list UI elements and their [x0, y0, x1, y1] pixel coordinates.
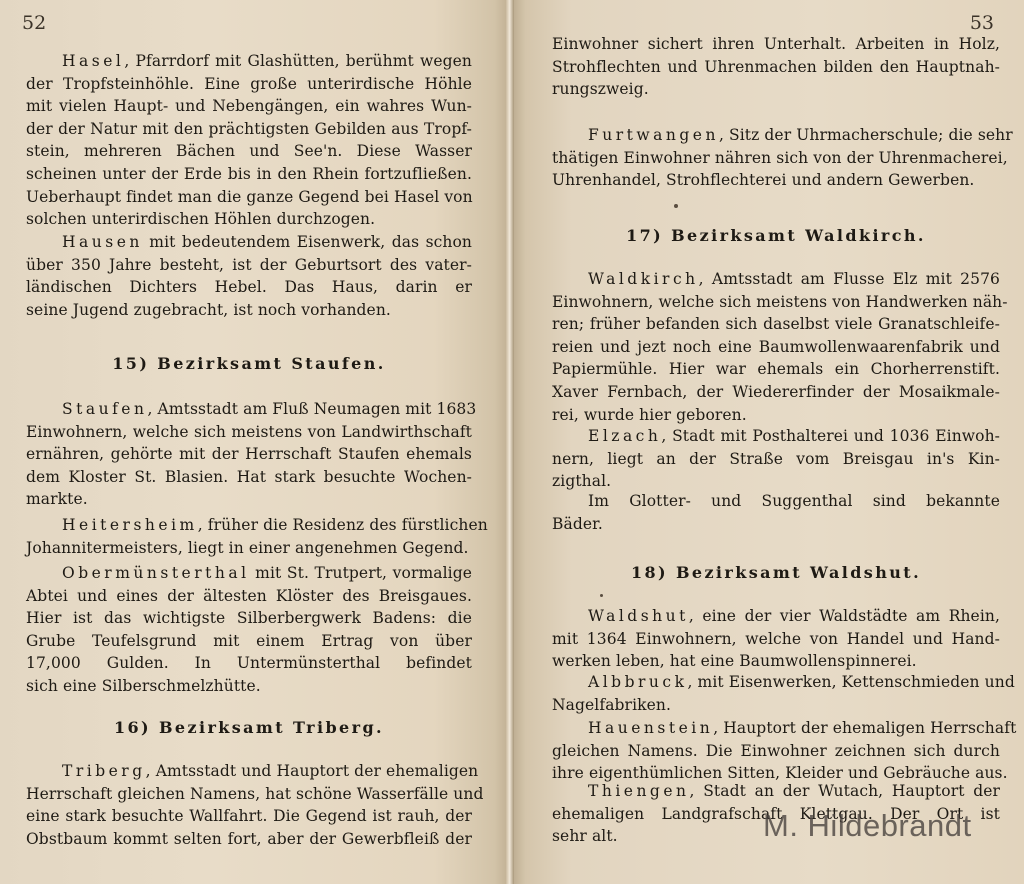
page-number-right: 53 — [970, 12, 994, 34]
text-line: Nagelfabriken. — [552, 694, 1000, 717]
text-line: markte. — [26, 488, 472, 511]
text-line: ernähren, gehörte mit der Herrschaft Sta… — [26, 443, 472, 466]
section-heading: 17) Bezirksamt Waldkirch. — [552, 226, 1000, 245]
text-line: über 350 Jahre besteht, ist der Geburtso… — [26, 254, 472, 277]
text-line: Einwohner sichert ihren Unterhalt. Arbei… — [552, 33, 1000, 56]
section-heading: 16) Bezirksamt Triberg. — [26, 718, 472, 737]
place-name: Thiengen — [588, 782, 690, 800]
watermark: M. Hildebrandt — [763, 808, 972, 844]
paragraph: Einwohner sichert ihren Unterhalt. Arbei… — [552, 33, 1000, 101]
text-line: thätigen Einwohner nähren sich von der U… — [552, 147, 1000, 170]
text-line: Staufen, Amtsstadt am Fluß Neumagen mit … — [26, 398, 472, 421]
place-name: Furtwangen — [588, 126, 719, 144]
text-line: dem Kloster St. Blasien. Hat stark besuc… — [26, 466, 472, 489]
right-page: 53 Einwohner sichert ihren Unterhalt. Ar… — [510, 0, 1024, 884]
paragraph: Furtwangen, Sitz der Uhrmacherschule; di… — [552, 124, 1000, 192]
place-name: Hasel — [62, 52, 124, 70]
text-line: Johannitermeisters, liegt in einer angen… — [26, 537, 472, 560]
text-line: Bäder. — [552, 513, 1000, 536]
text-line: solchen unterirdischen Höhlen durchzogen… — [26, 208, 472, 231]
paragraph: Im Glotter- und Suggenthal sind bekannte… — [552, 490, 1000, 535]
text-line: Im Glotter- und Suggenthal sind bekannte — [552, 490, 1000, 513]
text-line: Herrschaft gleichen Namens, hat schöne W… — [26, 783, 472, 806]
paragraph: Waldshut, eine der vier Waldstädte am Rh… — [552, 605, 1000, 673]
text-line: Obermünsterthal mit St. Trutpert, vormal… — [26, 562, 472, 585]
paragraph: Waldkirch, Amtsstadt am Flusse Elz mit 2… — [552, 268, 1000, 426]
text-line: Albbruck, mit Eisenwerken, Kettenschmied… — [552, 671, 1000, 694]
text-line: mit vielen Haupt- und Nebengängen, ein w… — [26, 95, 472, 118]
place-name: Staufen — [62, 400, 147, 418]
left-page: 52 Hasel, Pfarrdorf mit Glashütten, berü… — [0, 0, 510, 884]
page-number-left: 52 — [22, 12, 46, 34]
text-line: Hier ist das wichtigste Silberbergwerk B… — [26, 607, 472, 630]
book-spread: 52 Hasel, Pfarrdorf mit Glashütten, berü… — [0, 0, 1024, 884]
paragraph: Hausen mit bedeutendem Eisenwerk, das sc… — [26, 231, 472, 321]
text-line: stein, mehreren Bächen und See'n. Diese … — [26, 140, 472, 163]
text-line: seine Jugend zugebracht, ist noch vorhan… — [26, 299, 472, 322]
text-line: eine stark besuchte Wallfahrt. Die Gegen… — [26, 805, 472, 828]
text-line: Hauenstein, Hauptort der ehemaligen Herr… — [552, 717, 1000, 740]
text-line: Waldshut, eine der vier Waldstädte am Rh… — [552, 605, 1000, 628]
section-heading: 18) Bezirksamt Waldshut. — [552, 563, 1000, 582]
text-line: Strohflechten und Uhrenmachen bilden den… — [552, 56, 1000, 79]
text-line: nern, liegt an der Straße vom Breisgau i… — [552, 448, 1000, 471]
text-line: Papiermühle. Hier war ehemals ein Chorhe… — [552, 358, 1000, 381]
text-line: Obstbaum kommt selten fort, aber der Gew… — [26, 828, 472, 851]
paragraph: Hauenstein, Hauptort der ehemaligen Herr… — [552, 717, 1000, 785]
text-line: Hasel, Pfarrdorf mit Glashütten, berühmt… — [26, 50, 472, 73]
text-line: Thiengen, Stadt an der Wutach, Hauptort … — [552, 780, 1000, 803]
text-line: Triberg, Amtsstadt und Hauptort der ehem… — [26, 760, 472, 783]
book-gutter — [506, 0, 514, 884]
place-name: Hausen — [62, 233, 143, 251]
text-line: rungszweig. — [552, 78, 1000, 101]
paper-speck — [600, 594, 603, 597]
paper-speck — [674, 204, 678, 208]
text-line: Einwohnern, welche sich meistens von Lan… — [26, 421, 472, 444]
text-line: Waldkirch, Amtsstadt am Flusse Elz mit 2… — [552, 268, 1000, 291]
paragraph: Albbruck, mit Eisenwerken, Kettenschmied… — [552, 671, 1000, 716]
paragraph: Heitersheim, früher die Residenz des für… — [26, 514, 472, 559]
paragraph: Elzach, Stadt mit Posthalterei und 1036 … — [552, 425, 1000, 493]
text-line: Furtwangen, Sitz der Uhrmacherschule; di… — [552, 124, 1000, 147]
text-line: Elzach, Stadt mit Posthalterei und 1036 … — [552, 425, 1000, 448]
text-line: Einwohnern, welche sich meistens von Han… — [552, 291, 1000, 314]
paragraph: Obermünsterthal mit St. Trutpert, vormal… — [26, 562, 472, 698]
place-name: Albbruck — [588, 673, 687, 691]
text-line: Heitersheim, früher die Residenz des für… — [26, 514, 472, 537]
text-line: Xaver Fernbach, der Wiedererfinder der M… — [552, 381, 1000, 404]
paragraph: Staufen, Amtsstadt am Fluß Neumagen mit … — [26, 398, 472, 511]
text-line: 17,000 Gulden. In Untermünsterthal befin… — [26, 652, 472, 675]
text-line: Abtei und eines der ältesten Klöster des… — [26, 585, 472, 608]
text-line: scheinen unter der Erde bis in den Rhein… — [26, 163, 472, 186]
text-line: Grube Teufelsgrund mit einem Ertrag von … — [26, 630, 472, 653]
section-heading: 15) Bezirksamt Staufen. — [26, 354, 472, 373]
text-line: mit 1364 Einwohnern, welche von Handel u… — [552, 628, 1000, 651]
place-name: Hauenstein — [588, 719, 713, 737]
text-line: reien und jezt noch eine Baumwollenwaare… — [552, 336, 1000, 359]
text-line: sich eine Silberschmelzhütte. — [26, 675, 472, 698]
text-line: ren; früher befanden sich daselbst viele… — [552, 313, 1000, 336]
text-line: Uhrenhandel, Strohflechterei und andern … — [552, 169, 1000, 192]
text-line: Ueberhaupt findet man die ganze Gegend b… — [26, 186, 472, 209]
text-line: werken leben, hat eine Baumwollenspinner… — [552, 650, 1000, 673]
text-line: der Tropfsteinhöhle. Eine große unterird… — [26, 73, 472, 96]
paragraph: Triberg, Amtsstadt und Hauptort der ehem… — [26, 760, 472, 850]
paragraph: Hasel, Pfarrdorf mit Glashütten, berühmt… — [26, 50, 472, 231]
place-name: Triberg — [62, 762, 146, 780]
text-line: Hausen mit bedeutendem Eisenwerk, das sc… — [26, 231, 472, 254]
text-line: rei, wurde hier geboren. — [552, 404, 1000, 427]
place-name: Heitersheim — [62, 516, 198, 534]
place-name: Elzach — [588, 427, 661, 445]
text-line: gleichen Namens. Die Einwohner zeichnen … — [552, 740, 1000, 763]
place-name: Obermünsterthal — [62, 564, 250, 582]
text-line: ländischen Dichters Hebel. Das Haus, dar… — [26, 276, 472, 299]
text-line: der der Natur mit den prächtigsten Gebil… — [26, 118, 472, 141]
place-name: Waldshut — [588, 607, 689, 625]
place-name: Waldkirch — [588, 270, 699, 288]
